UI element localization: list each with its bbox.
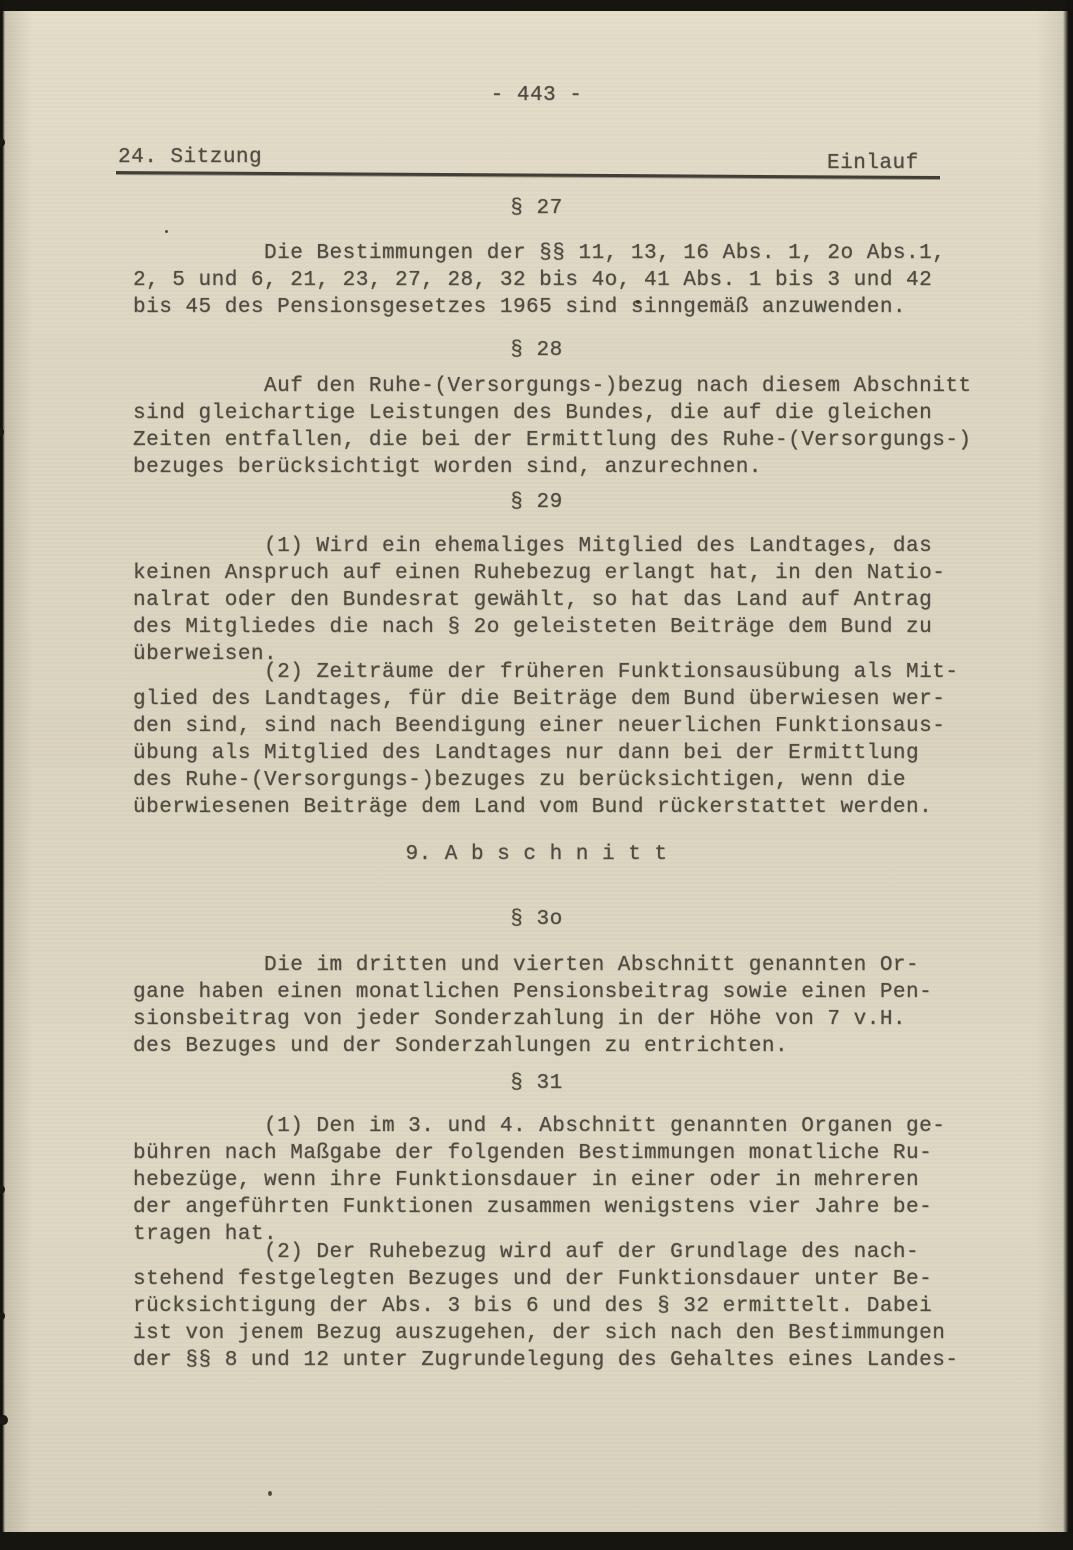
section-heading-27: § 27	[0, 195, 1073, 222]
header-rule	[116, 171, 940, 179]
page-number: - 443 -	[0, 82, 1073, 109]
scanned-document-page: - 443 - 24. Sitzung Einlauf § 27 Die Bes…	[0, 0, 1073, 1550]
section-heading-29: § 29	[0, 489, 1073, 516]
ink-speck	[165, 230, 168, 233]
paragraph-s29-abs1: (1) Wird ein ehemaliges Mitglied des Lan…	[133, 533, 945, 668]
running-header-session: 24. Sitzung	[118, 144, 262, 171]
paragraph-s31-abs2: (2) Der Ruhebezug wird auf der Grundlage…	[133, 1239, 958, 1374]
ink-speck	[832, 1322, 835, 1325]
ink-speck	[268, 1491, 272, 1496]
section-heading-abschnitt-9: 9. A b s c h n i t t	[0, 841, 1073, 868]
section-heading-28: § 28	[0, 337, 1073, 364]
paragraph-s29-abs2: (2) Zeiträume der früheren Funktionsausü…	[133, 659, 958, 821]
section-heading-31: § 31	[0, 1070, 1073, 1097]
scan-edge-blob	[0, 1415, 8, 1425]
scan-edge-right	[1063, 0, 1073, 1550]
paragraph-s28: Auf den Ruhe-(Versorgungs-)bezug nach di…	[133, 373, 972, 481]
paragraph-s30: Die im dritten und vierten Abschnitt gen…	[133, 952, 932, 1060]
scan-edge-top	[0, 0, 1073, 11]
paragraph-s27: Die Bestimmungen der §§ 11, 13, 16 Abs. …	[133, 240, 945, 321]
running-header-einlauf: Einlauf	[827, 150, 919, 177]
scan-edge-bottom	[0, 1532, 1073, 1550]
ink-speck	[636, 300, 640, 304]
section-heading-30: § 3o	[0, 906, 1073, 933]
paragraph-s31-abs1: (1) Den im 3. und 4. Abschnitt genannten…	[133, 1113, 945, 1248]
